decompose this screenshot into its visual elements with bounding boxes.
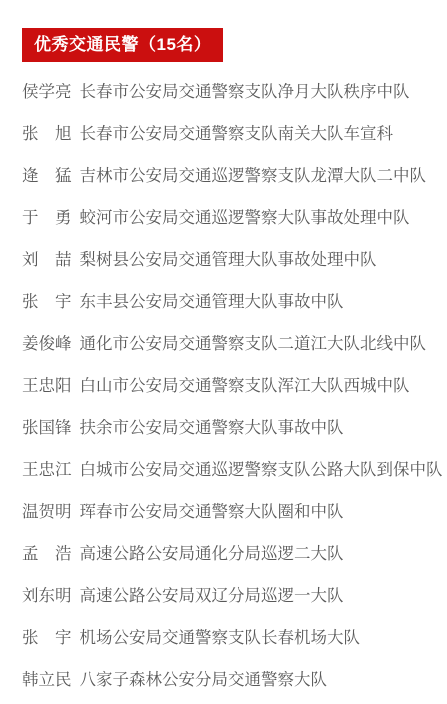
- officer-unit: 机场公安局交通警察支队长春机场大队: [80, 629, 361, 647]
- officer-name: 孟 浩: [22, 545, 72, 563]
- list-item: 于 勇蛟河市公安局交通巡逻警察大队事故处理中队: [22, 209, 433, 227]
- officer-name: 姜俊峰: [22, 335, 72, 353]
- list-item: 张 宇机场公安局交通警察支队长春机场大队: [22, 629, 433, 647]
- officer-unit: 白山市公安局交通警察支队浑江大队西城中队: [80, 377, 410, 395]
- officer-name: 韩立民: [22, 671, 72, 689]
- officer-unit: 吉林市公安局交通巡逻警察支队龙潭大队二中队: [80, 167, 427, 185]
- list-item: 刘 喆梨树县公安局交通管理大队事故处理中队: [22, 251, 433, 269]
- officer-unit: 高速公路公安局通化分局巡逻二大队: [80, 545, 344, 563]
- officer-unit: 东丰县公安局交通管理大队事故中队: [80, 293, 344, 311]
- list-item: 张 宇东丰县公安局交通管理大队事故中队: [22, 293, 433, 311]
- officer-unit: 白城市公安局交通巡逻警察支队公路大队到保中队: [80, 461, 443, 479]
- officer-unit: 通化市公安局交通警察支队二道江大队北线中队: [80, 335, 427, 353]
- list-item: 王忠阳白山市公安局交通警察支队浑江大队西城中队: [22, 377, 433, 395]
- officer-name: 王忠阳: [22, 377, 72, 395]
- officer-unit: 梨树县公安局交通管理大队事故处理中队: [80, 251, 377, 269]
- list-item: 温贺明珲春市公安局交通警察大队圈和中队: [22, 503, 433, 521]
- officer-name: 温贺明: [22, 503, 72, 521]
- officer-name: 侯学亮: [22, 83, 72, 101]
- officer-name: 张 宇: [22, 293, 72, 311]
- officer-name: 张 宇: [22, 629, 72, 647]
- officer-unit: 长春市公安局交通警察支队净月大队秩序中队: [80, 83, 410, 101]
- officer-unit: 长春市公安局交通警察支队南关大队车宣科: [80, 125, 394, 143]
- section-title-badge: 优秀交通民警（15名）: [22, 28, 223, 62]
- officer-name: 刘 喆: [22, 251, 72, 269]
- list-item: 王忠江白城市公安局交通巡逻警察支队公路大队到保中队: [22, 461, 433, 479]
- list-item: 刘东明高速公路公安局双辽分局巡逻一大队: [22, 587, 433, 605]
- officer-list: 侯学亮长春市公安局交通警察支队净月大队秩序中队 张 旭长春市公安局交通警察支队南…: [22, 83, 433, 689]
- list-item: 逄 猛吉林市公安局交通巡逻警察支队龙潭大队二中队: [22, 167, 433, 185]
- list-item: 韩立民八家子森林公安分局交通警察大队: [22, 671, 433, 689]
- article-page: 优秀交通民警（15名） 侯学亮长春市公安局交通警察支队净月大队秩序中队 张 旭长…: [0, 0, 447, 704]
- officer-name: 逄 猛: [22, 167, 72, 185]
- officer-name: 张国锋: [22, 419, 72, 437]
- list-item: 张 旭长春市公安局交通警察支队南关大队车宣科: [22, 125, 433, 143]
- list-item: 姜俊峰通化市公安局交通警察支队二道江大队北线中队: [22, 335, 433, 353]
- officer-unit: 扶余市公安局交通警察大队事故中队: [80, 419, 344, 437]
- officer-unit: 高速公路公安局双辽分局巡逻一大队: [80, 587, 344, 605]
- officer-unit: 珲春市公安局交通警察大队圈和中队: [80, 503, 344, 521]
- officer-name: 刘东明: [22, 587, 72, 605]
- officer-name: 于 勇: [22, 209, 72, 227]
- officer-unit: 蛟河市公安局交通巡逻警察大队事故处理中队: [80, 209, 410, 227]
- list-item: 张国锋扶余市公安局交通警察大队事故中队: [22, 419, 433, 437]
- officer-name: 张 旭: [22, 125, 72, 143]
- officer-unit: 八家子森林公安分局交通警察大队: [80, 671, 328, 689]
- officer-name: 王忠江: [22, 461, 72, 479]
- list-item: 孟 浩高速公路公安局通化分局巡逻二大队: [22, 545, 433, 563]
- list-item: 侯学亮长春市公安局交通警察支队净月大队秩序中队: [22, 83, 433, 101]
